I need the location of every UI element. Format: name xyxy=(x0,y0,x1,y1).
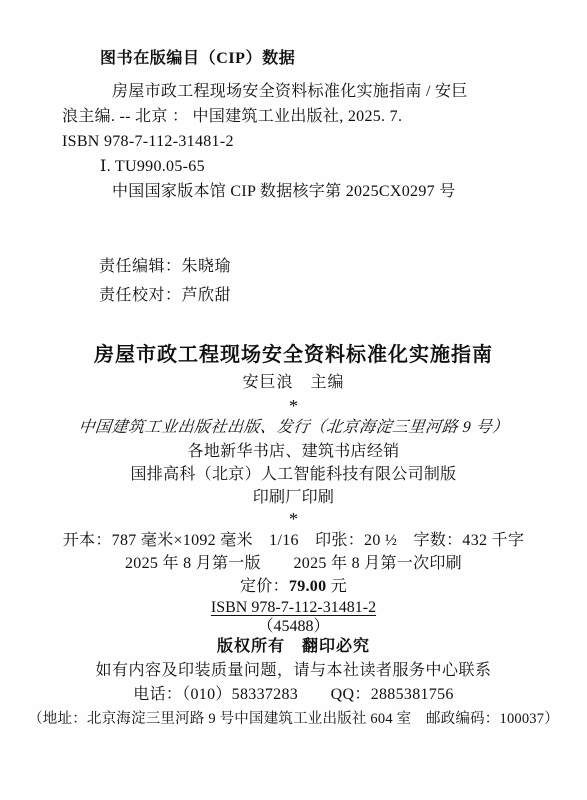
cip-isbn-line: ISBN 978-7-112-31481-2 xyxy=(62,129,540,154)
staff-block: 责任编辑：朱晓瑜 责任校对：芦欣甜 xyxy=(99,252,231,310)
isbn-line: ISBN 978-7-112-31481-2 xyxy=(14,598,573,618)
separator-star: * xyxy=(14,396,573,416)
cip-publisher-line: 浪主编. -- 北京 ： 中国建筑工业出版社, 2025. 7. xyxy=(62,104,540,129)
edition-line: 2025 年 8 月第一版 2025 年 8 月第一次印刷 xyxy=(14,552,573,575)
distribution-line: 各地新华书店、建筑书店经销 xyxy=(14,440,573,463)
format-line: 开本：787 毫米×1092 毫米 1/16 印张：20 ½ 字数：432 千字 xyxy=(14,529,573,552)
copyright-page: 图书在版编目（CIP）数据 房屋市政工程现场安全资料标准化实施指南 / 安巨 浪… xyxy=(0,0,587,800)
typesetting-line: 国排高科（北京）人工智能科技有限公司制版 xyxy=(14,463,573,486)
book-title: 房屋市政工程现场安全资料标准化实施指南 xyxy=(14,340,573,370)
isbn-number: ISBN 978-7-112-31481-2 xyxy=(211,599,376,616)
price-label: 定价： xyxy=(240,578,289,595)
responsible-proofreader-line: 责任校对：芦欣甜 xyxy=(99,281,231,310)
price-line: 定价：79.00 元 xyxy=(14,575,573,598)
cip-block: 图书在版编目（CIP）数据 房屋市政工程现场安全资料标准化实施指南 / 安巨 浪… xyxy=(62,46,540,204)
publisher-line: 中国建筑工业出版社出版、发行（北京海淀三里河路 9 号） xyxy=(13,416,575,440)
cip-title-line: 房屋市政工程现场安全资料标准化实施指南 / 安巨 xyxy=(62,79,540,104)
contact-line: 电话：（010）58337283 QQ：2885381756 xyxy=(14,683,573,707)
separator-star: * xyxy=(14,509,573,529)
printing-line: 印刷厂印刷 xyxy=(14,486,573,509)
responsible-editor-line: 责任编辑：朱晓瑜 xyxy=(99,252,231,281)
copyright-notice: 版权所有 翻印必究 xyxy=(14,635,573,658)
cip-classification-line: Ⅰ. TU990.05-65 xyxy=(62,154,540,179)
price-value: 79.00 xyxy=(289,578,327,595)
cip-registry-line: 中国国家版本馆 CIP 数据核字第 2025CX0297 号 xyxy=(62,179,540,204)
service-line: 如有内容及印装质量问题，请与本社读者服务中心联系 xyxy=(14,658,573,683)
price-unit: 元 xyxy=(326,578,347,595)
book-code-line: （45488） xyxy=(14,618,573,635)
colophon-block: 房屋市政工程现场安全资料标准化实施指南 安巨浪 主编 * 中国建筑工业出版社出版… xyxy=(14,340,573,731)
cip-heading: 图书在版编目（CIP）数据 xyxy=(62,46,540,71)
author-line: 安巨浪 主编 xyxy=(14,370,573,396)
address-line: （地址：北京海淀三里河路 9 号中国建筑工业出版社 604 室 邮政编码：100… xyxy=(14,707,573,731)
